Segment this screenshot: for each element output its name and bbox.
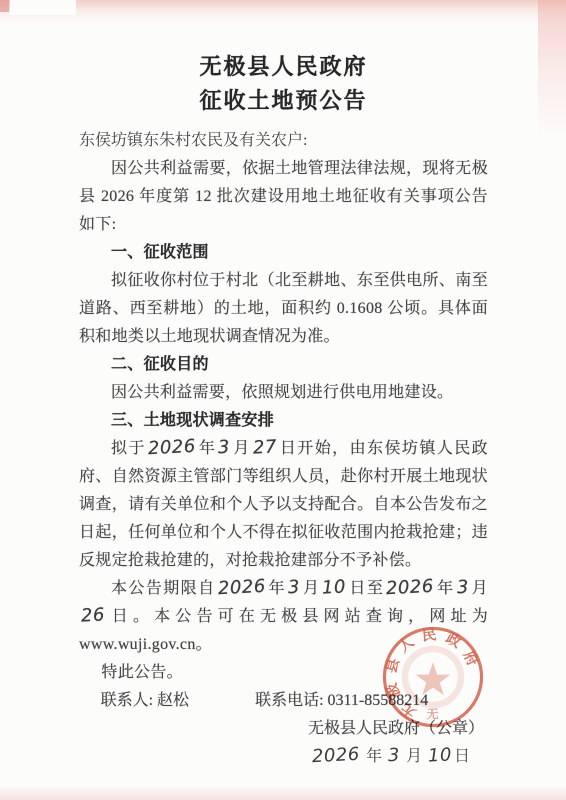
text-run: 日。本公告可在无极县网站查询，网址为 www.wuji.gov.cn。 <box>79 608 488 653</box>
section-heading: 三、土地现状调查安排 <box>79 407 488 435</box>
text-run: 三、土地现状调查安排 <box>111 412 274 429</box>
salutation: 东侯坊镇东朱村农民及有关农户: <box>79 127 488 155</box>
text-run: 年 <box>198 440 217 457</box>
body-paragraph: 特此公告。 <box>79 659 488 687</box>
text-run: 日开始，由东侯坊镇人民政府、自然资源主管部门等组织人员，赴你村开展土地现状调查，… <box>79 440 488 569</box>
contact-person-name: 赵松 <box>157 692 189 709</box>
text-run: 年 <box>362 748 386 765</box>
text-run: 拟征收你村位于村北（北至耕地、东至供电所、南至道路、西至耕地）的土地，面积约 0… <box>79 272 488 345</box>
contact-phone-number: 0311-85588214 <box>328 692 429 709</box>
text-run: 本公告期限自 <box>111 580 216 597</box>
body-paragraph: 因公共利益需要，依据土地管理法律法规，现将无极县 2026 年度第 12 批次建… <box>79 155 488 239</box>
signature-date: 2026 年 3 月 10日 <box>79 743 488 771</box>
handwritten-value: 3 <box>218 439 231 458</box>
text-run: 日至 <box>348 580 384 597</box>
text-run: 特此公告。 <box>101 664 183 681</box>
document-title-line2: 征收土地预公告 <box>79 80 488 114</box>
handwritten-value: 3 <box>287 579 300 598</box>
text-run: 二、征收目的 <box>111 356 209 373</box>
body-paragraph: 因公共利益需要，依照规划进行供电用地建设。 <box>79 379 488 407</box>
handwritten-value: 3 <box>456 579 469 598</box>
scan-artifact-bottom-band <box>0 785 566 800</box>
handwritten-value: 2026 <box>217 578 266 598</box>
document-content: 无极县人民政府 征收土地预公告 东侯坊镇东朱村农民及有关农户: 因公共利益需要，… <box>79 0 488 771</box>
text-run: 月 <box>471 580 488 597</box>
document-body: 因公共利益需要，依据土地管理法律法规，现将无极县 2026 年度第 12 批次建… <box>79 155 488 687</box>
text-run: 月 <box>232 440 251 457</box>
handwritten-value: 2026 <box>312 746 361 766</box>
handwritten-value: 2026 <box>147 438 196 458</box>
handwritten-value: 26 <box>81 606 106 625</box>
contact-person-label: 联系人: <box>101 692 153 709</box>
scan-artifact-corner-chip <box>0 0 9 12</box>
text-run: 月 <box>302 580 321 597</box>
issuer-signature: 无极县人民政府（公章） <box>79 715 488 743</box>
handwritten-value: 10 <box>428 746 453 765</box>
scan-artifact-right-band <box>538 0 566 140</box>
text-run: 因公共利益需要，依据土地管理法律法规，现将无极县 2026 年度第 12 批次建… <box>79 160 488 233</box>
text-run: 年 <box>436 580 455 597</box>
contact-phone-label: 联系电话: <box>255 692 323 709</box>
body-paragraph: 拟于2026年3月27日开始，由东侯坊镇人民政府、自然资源主管部门等组织人员，赴… <box>79 435 488 575</box>
document-page: 无极县人民政府 征收土地预公告 东侯坊镇东朱村农民及有关农户: 因公共利益需要，… <box>0 0 566 800</box>
text-run: 年 <box>267 580 286 597</box>
document-title-line1: 无极县人民政府 <box>79 0 488 80</box>
text-run: 拟于 <box>111 440 146 457</box>
body-paragraph: 拟征收你村位于村北（北至耕地、东至供电所、南至道路、西至耕地）的土地，面积约 0… <box>79 267 488 351</box>
text-run: 因公共利益需要，依照规划进行供电用地建设。 <box>111 384 453 401</box>
scan-artifact-top-notch <box>10 0 76 15</box>
handwritten-value: 3 <box>388 747 401 766</box>
handwritten-value: 10 <box>322 578 347 597</box>
text-run: 日 <box>454 748 470 765</box>
contact-line: 联系人: 赵松 联系电话: 0311-85588214 <box>79 687 488 715</box>
section-heading: 二、征收目的 <box>79 351 488 379</box>
body-paragraph: 本公告期限自2026年3月10日至2026年3月26日。本公告可在无极县网站查询… <box>79 575 488 659</box>
handwritten-value: 2026 <box>386 578 435 598</box>
text-run: 一、征收范围 <box>111 244 209 261</box>
text-run: 月 <box>402 748 426 765</box>
section-heading: 一、征收范围 <box>79 239 488 267</box>
handwritten-value: 27 <box>252 438 277 457</box>
